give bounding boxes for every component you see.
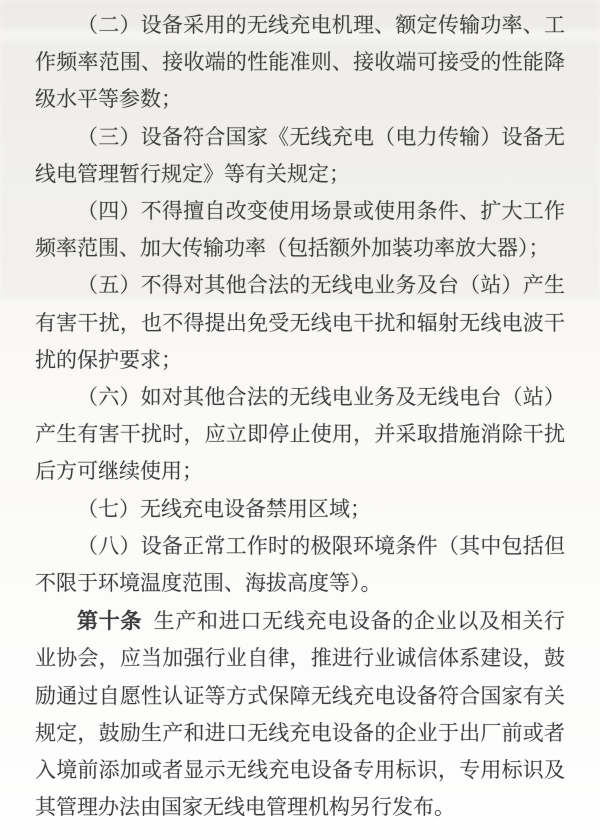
article-10-text: 生产和进口无线充电设备的企业以及相关行业协会，应当加强行业自律，推进行业诚信体系… — [35, 609, 565, 819]
clause-item-8: （八）设备正常工作时的极限环境条件（其中包括但不限于环境温度范围、海拔高度等）。 — [35, 528, 565, 602]
clause-item-7: （七）无线充电设备禁用区域； — [35, 491, 565, 528]
article-10-paragraph: 第十条生产和进口无线充电设备的企业以及相关行业协会，应当加强行业自律，推进行业诚… — [35, 602, 565, 826]
document-body: （二）设备采用的无线充电机理、额定传输功率、工作频率范围、接收端的性能准则、接收… — [35, 7, 565, 826]
clause-item-6: （六）如对其他合法的无线电业务及无线电台（站）产生有害干扰时，应立即停止使用，并… — [35, 379, 565, 491]
scanned-document-page: （二）设备采用的无线充电机理、额定传输功率、工作频率范围、接收端的性能准则、接收… — [0, 0, 600, 840]
clause-item-4: （四）不得擅自改变使用场景或使用条件、扩大工作频率范围、加大传输功率（包括额外加… — [35, 193, 565, 267]
article-10-number: 第十条 — [77, 608, 142, 633]
clause-item-3: （三）设备符合国家《无线充电（电力传输）设备无线电管理暂行规定》等有关规定； — [35, 119, 565, 193]
clause-item-2: （二）设备采用的无线充电机理、额定传输功率、工作频率范围、接收端的性能准则、接收… — [35, 7, 565, 119]
clause-item-5: （五）不得对其他合法的无线电业务及台（站）产生有害干扰，也不得提出免受无线电干扰… — [35, 267, 565, 379]
